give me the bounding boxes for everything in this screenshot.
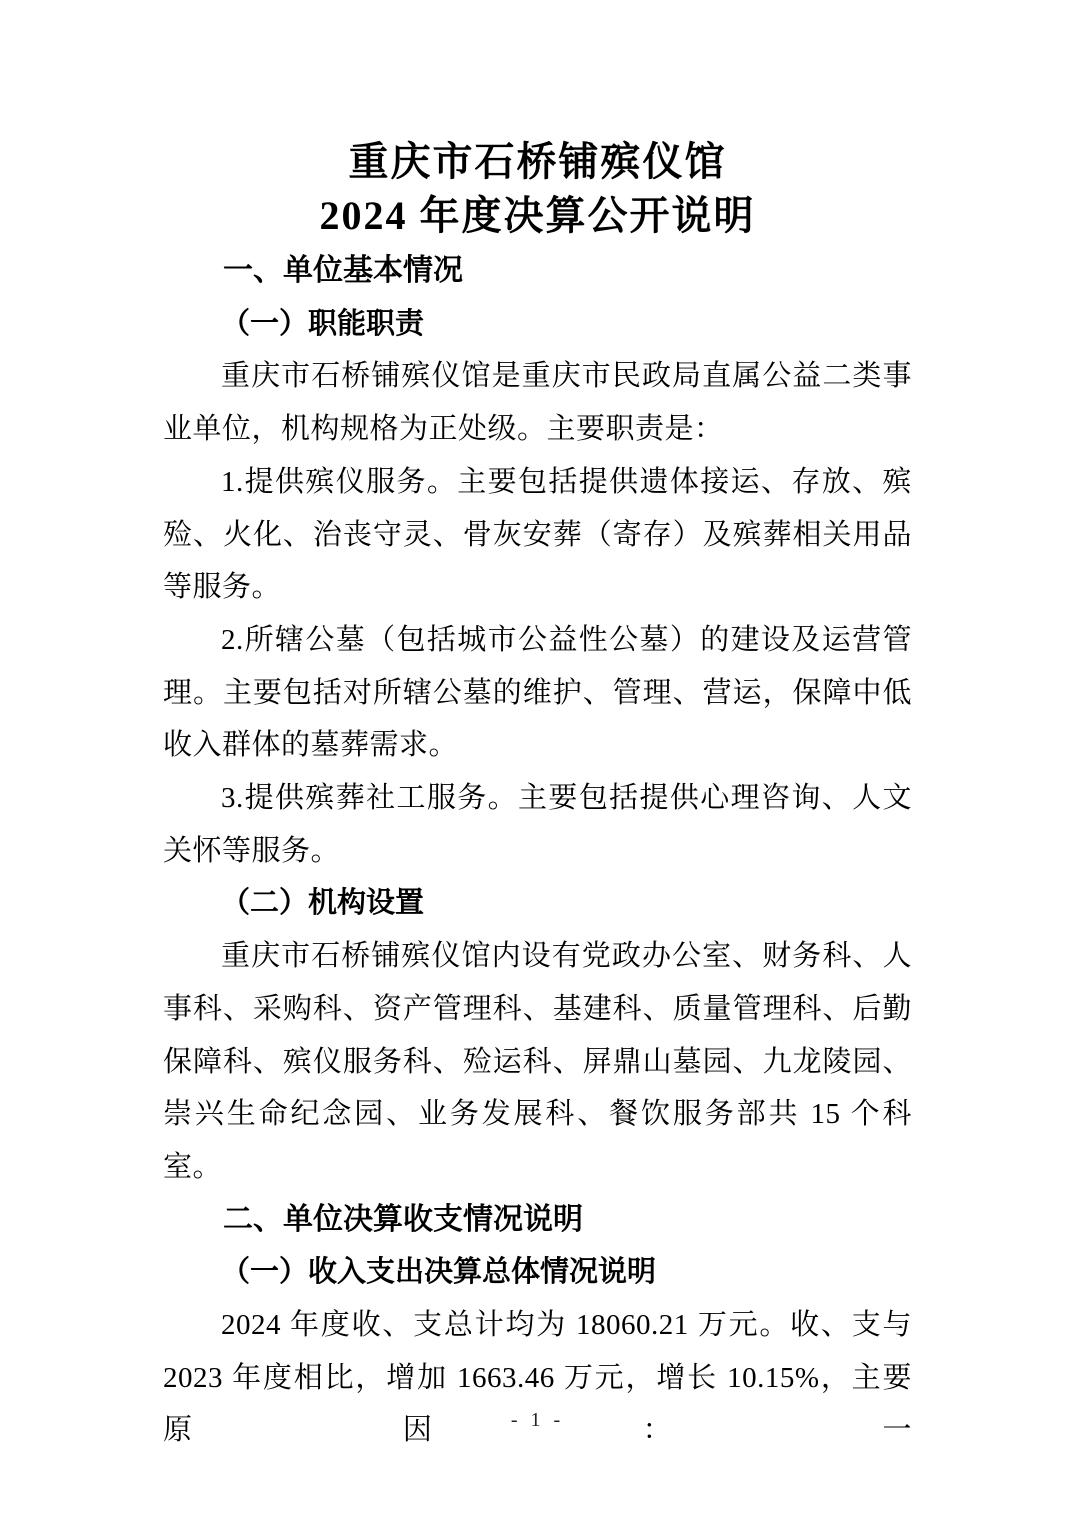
document-page: 重庆市石桥铺殡仪馆 2024 年度决算公开说明 一、单位基本情况 （一）职能职责…	[0, 0, 1075, 1520]
paragraph-duty-1: 1.提供殡仪服务。主要包括提供遗体接运、存放、殡殓、火化、治丧守灵、骨灰安葬（寄…	[163, 456, 912, 614]
document-title-line2: 2024 年度决算公开说明	[163, 189, 912, 243]
document-title: 重庆市石桥铺殡仪馆 2024 年度决算公开说明	[163, 135, 912, 243]
section-1-1-heading: （一）职能职责	[163, 298, 912, 351]
document-body: 一、单位基本情况 （一）职能职责 重庆市石桥铺殡仪馆是重庆市民政局直属公益二类事…	[163, 245, 912, 1457]
section-2-1-heading: （一）收入支出决算总体情况说明	[163, 1246, 912, 1299]
section-1-2-heading: （二）机构设置	[163, 877, 912, 930]
document-title-line1: 重庆市石桥铺殡仪馆	[163, 135, 912, 189]
paragraph-org-structure: 重庆市石桥铺殡仪馆内设有党政办公室、财务科、人事科、采购科、资产管理科、基建科、…	[163, 930, 912, 1194]
paragraph-duties-intro: 重庆市石桥铺殡仪馆是重庆市民政局直属公益二类事业单位，机构规格为正处级。主要职责…	[163, 350, 912, 455]
paragraph-duty-2: 2.所辖公墓（包括城市公益性公墓）的建设及运营管理。主要包括对所辖公墓的维护、管…	[163, 614, 912, 772]
paragraph-budget-summary: 2024 年度收、支总计均为 18060.21 万元。收、支与 2023 年度相…	[163, 1299, 912, 1457]
paragraph-duty-3: 3.提供殡葬社工服务。主要包括提供心理咨询、人文关怀等服务。	[163, 772, 912, 877]
section-2-heading: 二、单位决算收支情况说明	[163, 1194, 912, 1247]
page-number: - 1 -	[0, 1409, 1075, 1432]
section-1-heading: 一、单位基本情况	[163, 245, 912, 298]
